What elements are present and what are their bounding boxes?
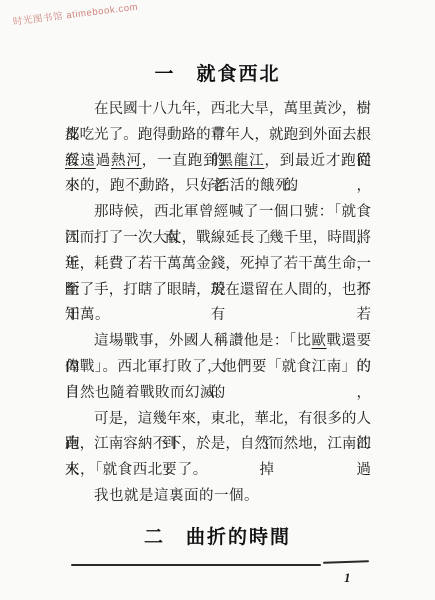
text-line: 我也就是這裏面的一個。	[65, 484, 371, 510]
footer-rule	[71, 564, 321, 566]
text-line: 在民國十八九年，西北大旱，萬里黃沙，樹皮草根	[65, 97, 371, 123]
chapter-heading: 一 就食西北	[0, 59, 435, 86]
next-chapter-heading: 二 曲折的時間	[0, 522, 435, 549]
text-segment: ，一直跑到	[142, 153, 219, 169]
text-line: 南，江南容納不下，於是，自然而然地，江南的人要掉過	[65, 432, 371, 458]
book-page: 时光图书馆 atimebook.com 一 就食西北 在民國十八九年，西北大旱，…	[0, 0, 435, 600]
text-segment: 來，「就食西北」了。	[65, 462, 208, 478]
text-segment: 小的，跑不動路，只好活活的餓死。	[65, 178, 305, 194]
text-line: 那時候，西北軍曾經喊了一個口號：「就食江南」，	[65, 200, 371, 226]
text-line: 都吃光了。跑得動路的青年人，就跑到外面去。有的從	[65, 123, 371, 149]
underlined-proper-noun: 黑龍江	[218, 153, 264, 169]
text-segment: 自然也隨着戰敗而幻滅。	[65, 385, 230, 401]
underlined-proper-noun: 熱河	[111, 153, 142, 169]
text-line: 斷了手，打瞎了眼睛，現在還留在人間的，也不知有若	[65, 278, 371, 304]
text-line: 這場戰事，外國人稱讚他是：「比歐戰還要偉大的	[65, 329, 371, 355]
watermark-text: 时光图书馆 atimebook.com	[12, 0, 139, 28]
text-segment: 斷了手，打瞎了眼睛，現在還留在人間的，也不知有若	[65, 282, 371, 324]
underlined-proper-noun: 歐	[312, 333, 327, 349]
text-segment: 這場戰事，外國人稱讚他是：「比	[94, 333, 312, 349]
text-line: 內戰」。西北軍打敗了，他們要「就食江南」的目的，	[65, 355, 371, 381]
underlined-proper-noun: 綏遠	[65, 153, 96, 169]
text-segment: 干萬。	[65, 307, 110, 323]
text-line: 因而打了一次大仗，戰線延長了幾千里，時間將近一	[65, 226, 371, 252]
footer-rule-end	[323, 560, 369, 564]
body-text: 在民國十八九年，西北大旱，萬里黃沙，樹皮草根都吃光了。跑得動路的青年人，就跑到外…	[65, 97, 371, 510]
text-line: 年，耗費了若干萬萬金錢，死掉了若干萬生命，至於打	[65, 252, 371, 278]
text-segment: 過	[96, 153, 111, 169]
text-segment: 我也就是這裏面的一個。	[94, 488, 259, 504]
text-line: 綏遠過熱河，一直跑到黑龍江，到最近才跑回來，老的，	[65, 149, 371, 175]
page-number: 1	[344, 570, 351, 586]
text-line: 可是，這幾年來，東北，華北，有很多的人跑到了江	[65, 407, 371, 433]
